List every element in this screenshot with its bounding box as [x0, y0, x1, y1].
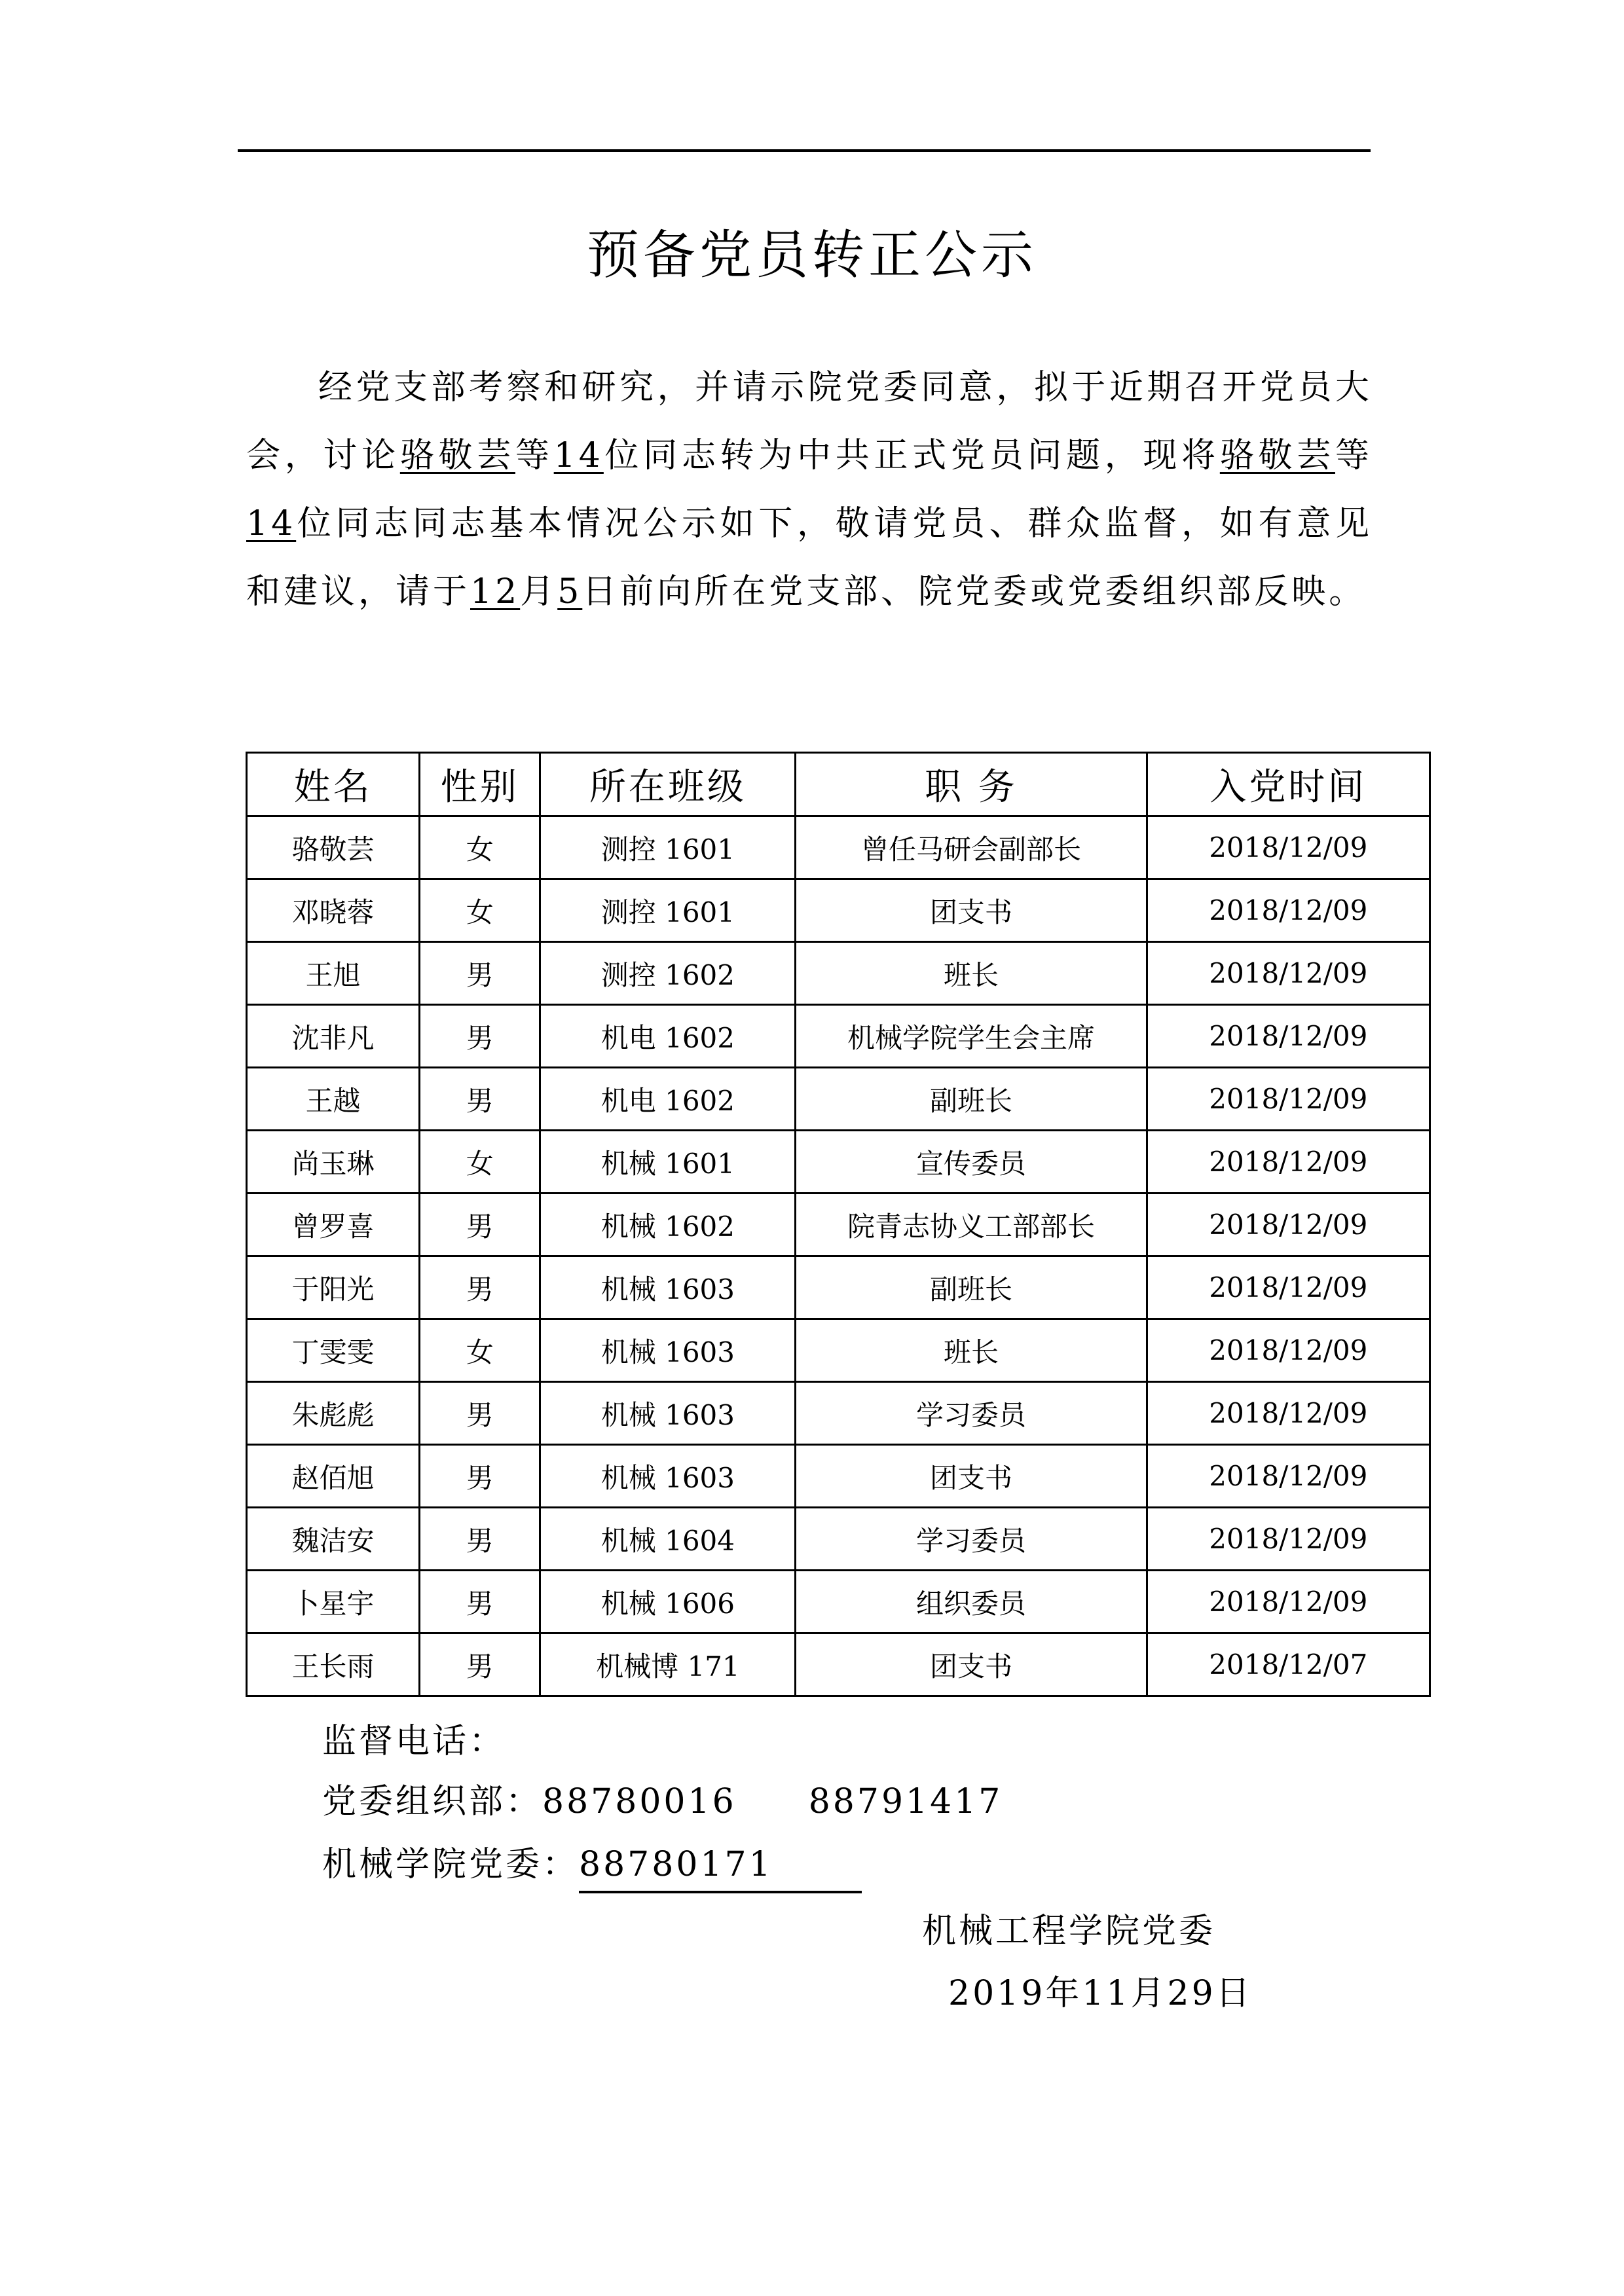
cell-name: 魏洁安 — [247, 1508, 420, 1571]
table-row: 丁雯雯女机械 1603班长2018/12/09 — [247, 1319, 1430, 1382]
cell-gender: 女 — [420, 1319, 540, 1382]
cell-position: 副班长 — [796, 1256, 1147, 1319]
header-class: 所在班级 — [540, 753, 796, 816]
cell-join-date: 2018/12/09 — [1147, 1131, 1430, 1194]
header-rule — [238, 149, 1371, 152]
table-row: 王旭男测控 1602班长2018/12/09 — [247, 942, 1430, 1005]
table-row: 曾罗喜男机械 1602院青志协义工部部长2018/12/09 — [247, 1194, 1430, 1256]
cell-class: 机械 1603 — [540, 1319, 796, 1382]
cell-gender: 男 — [420, 942, 540, 1005]
cell-class: 机械 1603 — [540, 1445, 796, 1508]
cell-name: 王旭 — [247, 942, 420, 1005]
cell-gender: 男 — [420, 1194, 540, 1256]
cell-position: 班长 — [796, 942, 1147, 1005]
deadline-month: 12 — [470, 572, 520, 611]
header-gender: 性别 — [420, 753, 540, 816]
table-row: 魏洁安男机械 1604学习委员2018/12/09 — [247, 1508, 1430, 1571]
cell-gender: 男 — [420, 1005, 540, 1068]
cell-join-date: 2018/12/09 — [1147, 1382, 1430, 1445]
page-title: 预备党员转正公示 — [0, 223, 1624, 288]
table-header-row: 姓名 性别 所在班级 职 务 入党时间 — [247, 753, 1430, 816]
para-text-3: 位同志转为中共正式党员问题，现将 — [604, 436, 1220, 475]
cell-join-date: 2018/12/09 — [1147, 1256, 1430, 1319]
cell-class: 机电 1602 — [540, 1068, 796, 1131]
deadline-day: 5 — [557, 572, 582, 611]
para-text-7: 日前向所在党支部、院党委或党委组织部反映。 — [582, 572, 1366, 611]
cell-gender: 男 — [420, 1068, 540, 1131]
college-label: 机械学院党委： — [322, 1845, 579, 1884]
org-phone-1: 88780016 — [542, 1782, 737, 1821]
cell-name: 丁雯雯 — [247, 1319, 420, 1382]
cell-class: 测控 1601 — [540, 816, 796, 879]
cell-position: 宣传委员 — [796, 1131, 1147, 1194]
contact-college: 机械学院党委：88780171 — [322, 1838, 862, 1893]
cell-name: 曾罗喜 — [247, 1194, 420, 1256]
signature-org: 机械工程学院党委 — [922, 1905, 1215, 1958]
cell-class: 机械博 171 — [540, 1633, 796, 1696]
cell-position: 团支书 — [796, 1633, 1147, 1696]
org-phone-2: 88791417 — [809, 1782, 1003, 1821]
cell-name: 王长雨 — [247, 1633, 420, 1696]
nominee-count-2: 14 — [246, 504, 296, 543]
cell-position: 学习委员 — [796, 1382, 1147, 1445]
cell-position: 组织委员 — [796, 1571, 1147, 1633]
cell-gender: 男 — [420, 1382, 540, 1445]
cell-join-date: 2018/12/09 — [1147, 879, 1430, 942]
cell-position: 副班长 — [796, 1068, 1147, 1131]
table-row: 邓晓蓉女测控 1601团支书2018/12/09 — [247, 879, 1430, 942]
cell-join-date: 2018/12/09 — [1147, 1508, 1430, 1571]
cell-name: 邓晓蓉 — [247, 879, 420, 942]
cell-join-date: 2018/12/09 — [1147, 1571, 1430, 1633]
cell-position: 学习委员 — [796, 1508, 1147, 1571]
signature-date: 2019年11月29日 — [948, 1967, 1253, 2020]
cell-gender: 男 — [420, 1445, 540, 1508]
header-join-date: 入党时间 — [1147, 753, 1430, 816]
cell-class: 测控 1602 — [540, 942, 796, 1005]
cell-name: 沈非凡 — [247, 1005, 420, 1068]
contact-heading: 监督电话： — [322, 1715, 506, 1768]
para-text-6: 月 — [520, 572, 557, 611]
table-row: 沈非凡男机电 1602机械学院学生会主席2018/12/09 — [247, 1005, 1430, 1068]
para-text-2: 等 — [515, 436, 554, 475]
contact-org: 党委组织部：8878001688791417 — [322, 1776, 1003, 1828]
cell-name: 朱彪彪 — [247, 1382, 420, 1445]
cell-join-date: 2018/12/09 — [1147, 816, 1430, 879]
header-name: 姓名 — [247, 753, 420, 816]
cell-class: 机械 1601 — [540, 1131, 796, 1194]
cell-gender: 女 — [420, 1131, 540, 1194]
college-phone-field: 88780171 — [579, 1838, 862, 1893]
cell-join-date: 2018/12/09 — [1147, 1194, 1430, 1256]
header-position: 职 务 — [796, 753, 1147, 816]
cell-join-date: 2018/12/07 — [1147, 1633, 1430, 1696]
cell-class: 机械 1603 — [540, 1382, 796, 1445]
cell-position: 团支书 — [796, 879, 1147, 942]
cell-join-date: 2018/12/09 — [1147, 1445, 1430, 1508]
member-table: 姓名 性别 所在班级 职 务 入党时间 骆敬芸女测控 1601曾任马研会副部长2… — [246, 752, 1431, 1697]
cell-name: 王越 — [247, 1068, 420, 1131]
table-row: 骆敬芸女测控 1601曾任马研会副部长2018/12/09 — [247, 816, 1430, 879]
cell-class: 机械 1606 — [540, 1571, 796, 1633]
cell-gender: 女 — [420, 816, 540, 879]
cell-join-date: 2018/12/09 — [1147, 1005, 1430, 1068]
table-row: 朱彪彪男机械 1603学习委员2018/12/09 — [247, 1382, 1430, 1445]
table-row: 卜星宇男机械 1606组织委员2018/12/09 — [247, 1571, 1430, 1633]
cell-gender: 男 — [420, 1633, 540, 1696]
para-text-4: 等 — [1335, 436, 1373, 475]
college-phone: 88780171 — [579, 1845, 773, 1884]
cell-position: 机械学院学生会主席 — [796, 1005, 1147, 1068]
cell-gender: 男 — [420, 1256, 540, 1319]
cell-join-date: 2018/12/09 — [1147, 942, 1430, 1005]
cell-class: 机电 1602 — [540, 1005, 796, 1068]
cell-gender: 男 — [420, 1571, 540, 1633]
cell-join-date: 2018/12/09 — [1147, 1319, 1430, 1382]
cell-name: 卜星宇 — [247, 1571, 420, 1633]
nominee-name-1: 骆敬芸 — [400, 436, 515, 475]
cell-name: 尚玉琳 — [247, 1131, 420, 1194]
cell-name: 于阳光 — [247, 1256, 420, 1319]
cell-position: 班长 — [796, 1319, 1147, 1382]
cell-class: 机械 1602 — [540, 1194, 796, 1256]
nominee-count-1: 14 — [554, 436, 604, 475]
cell-position: 院青志协义工部部长 — [796, 1194, 1147, 1256]
cell-gender: 女 — [420, 879, 540, 942]
cell-join-date: 2018/12/09 — [1147, 1068, 1430, 1131]
cell-class: 机械 1603 — [540, 1256, 796, 1319]
cell-position: 团支书 — [796, 1445, 1147, 1508]
nominee-name-2: 骆敬芸 — [1220, 436, 1335, 475]
cell-class: 机械 1604 — [540, 1508, 796, 1571]
table-row: 王长雨男机械博 171团支书2018/12/07 — [247, 1633, 1430, 1696]
cell-name: 骆敬芸 — [247, 816, 420, 879]
table-row: 于阳光男机械 1603副班长2018/12/09 — [247, 1256, 1430, 1319]
cell-name: 赵佰旭 — [247, 1445, 420, 1508]
table-row: 尚玉琳女机械 1601宣传委员2018/12/09 — [247, 1131, 1430, 1194]
cell-class: 测控 1601 — [540, 879, 796, 942]
table-row: 王越男机电 1602副班长2018/12/09 — [247, 1068, 1430, 1131]
cell-position: 曾任马研会副部长 — [796, 816, 1147, 879]
org-label: 党委组织部： — [322, 1782, 542, 1821]
table-row: 赵佰旭男机械 1603团支书2018/12/09 — [247, 1445, 1430, 1508]
notice-paragraph: 经党支部考察和研究，并请示院党委同意，拟于近期召开党员大会，讨论骆敬芸等14位同… — [246, 354, 1373, 626]
cell-gender: 男 — [420, 1508, 540, 1571]
